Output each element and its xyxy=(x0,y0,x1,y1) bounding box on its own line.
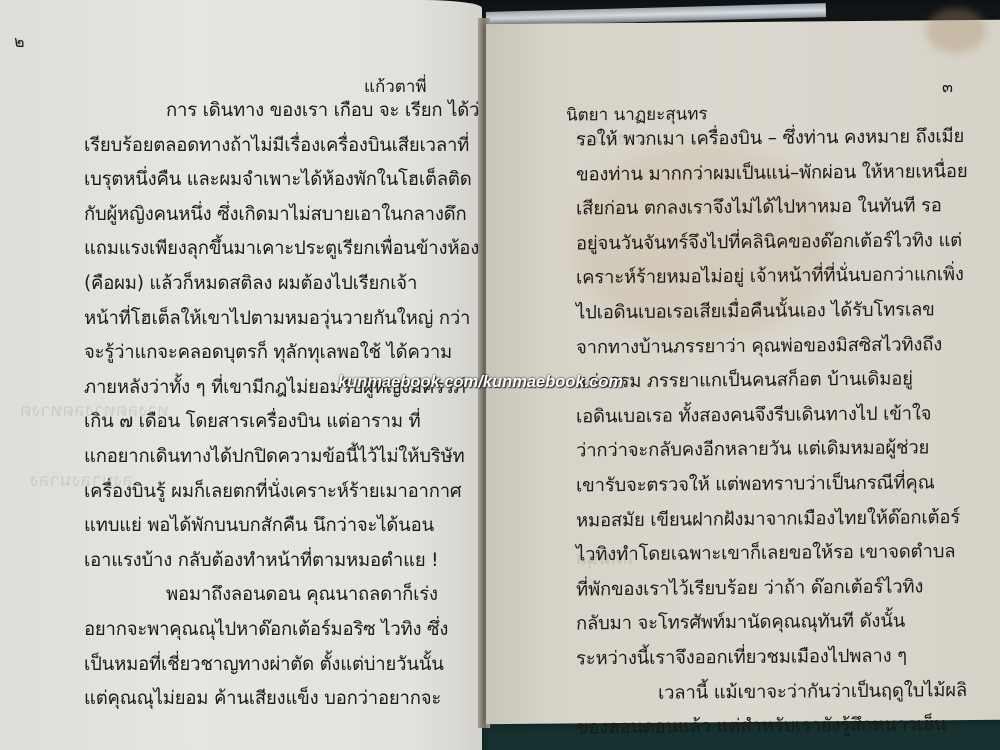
text-line: เอาแรงบ้าง กลับต้องทำหน้าที่ตามหมอตำแย ! xyxy=(84,544,489,579)
text-line: แกอยากเดินทางได้ปกปิดความข้อนี้ไว้ไม่ให้… xyxy=(84,440,489,475)
text-line: แต่คุณณุไม่ยอม ค้านเสียงแข็ง บอกว่าอยากจ… xyxy=(84,682,489,717)
text-line: เป็นหมอที่เชี่ยวชาญทางผ่าตัด ตั้งแต่บ่าย… xyxy=(84,648,489,683)
text-line: จะรู้ว่าแกจะคลอดบุตรก็ ทุลักทุเลพอใช้ ได… xyxy=(84,336,489,371)
text-line: ของลอนดอนแล้ว แต่สำหรับเรายังรู้สึกหนาวเ… xyxy=(576,708,967,746)
text-line: เคราะห์ร้ายหมอไม่อยู่ เจ้าหน้าที่ที่นั่น… xyxy=(576,258,967,296)
page-number: ๒ xyxy=(14,30,25,55)
text-line: หมอสมัย เขียนฝากฝังมาจากเมืองไทยให้ด๊อกเ… xyxy=(576,501,967,539)
text-line: กลับมา จะโทรศัพท์มานัดคุณณุทันที ดังนั้น xyxy=(576,604,967,642)
watermark: kunmaebook.com/kunmaebook.com xyxy=(338,373,623,392)
right-page: ทางมุนเป ลดมนุส ๓ นิตยา นาฏยะสุนทร รอให้… xyxy=(486,20,1000,724)
text-line: ที่พักของเราไว้เรียบร้อย ว่าถ้า ด๊อกเต้อ… xyxy=(576,570,967,608)
text-line: เวลานี้ แม้เขาจะว่ากันว่าเป็นฤดูใบไม้ผลิ xyxy=(576,674,967,712)
page-number: ๓ xyxy=(942,75,953,100)
text-line: ของท่าน มากกว่าผมเป็นแน่–พักผ่อน ให้หายเ… xyxy=(576,155,967,193)
text-line: เบรุตหนึ่งคืน และผมจำเพาะได้ห้องพักในโฮเ… xyxy=(84,163,489,198)
text-line: แถมแรงเพียงลุกขึ้นมาเคาะประตูเรียกเพื่อน… xyxy=(84,232,489,267)
text-line: เอดินเบอเรอ ทั้งสองคนจึงรีบเดินทางไป เข้… xyxy=(576,397,967,435)
text-line: ไปเอดินเบอเรอเสียเมื่อคืนนั้นเอง ได้รับโ… xyxy=(576,293,967,331)
text-line: ไวทิงทำโดยเฉพาะเขาก็เลยขอให้รอ เขาจดตำบล xyxy=(576,535,967,573)
text-line: รอให้ พวกเมา เครื่องบิน – ซึ่งท่าน คงหมา… xyxy=(576,120,967,158)
text-line: แก่กรรม ภรรยาแกเป็นคนสก็อต บ้านเดิมอยู่ xyxy=(576,362,967,400)
right-page-text: รอให้ พวกเมา เครื่องบิน – ซึ่งท่าน คงหมา… xyxy=(576,120,967,746)
text-line: เขารับจะตรวจให้ แต่พอทราบว่าเป็นกรณีที่ค… xyxy=(576,466,967,504)
text-line: เสียก่อน ตกลงเราจึงไม่ได้ไปหาหมอ ในทันที… xyxy=(576,189,967,227)
text-line: แทบแย่ พอได้พักบนบกสักคืน นึกว่าจะได้นอน xyxy=(84,509,489,544)
text-line: หน้าที่โฮเต็ลให้เขาไปตามหมอวุ่นวายกันใหญ… xyxy=(84,302,489,337)
text-line: เรียบร้อยตลอดทางถ้าไม่มีเรื่องเครื่องบิน… xyxy=(84,129,489,164)
text-line: ระหว่างนี้เราจึงออกเที่ยวชมเมืองไปพลาง ๆ xyxy=(576,639,967,677)
text-line: อยู่จนวันจันทร์จึงไปที่คลินิคของด๊อกเต้อ… xyxy=(576,224,967,262)
text-line: พอมาถึงลอนดอน คุณนาถลดาก็เร่ง xyxy=(84,578,489,613)
text-line: เกิน ๗ เดือน โดยสารเครื่องบิน แต่อาราม ท… xyxy=(84,405,489,440)
text-line: เครื่องบินรู้ ผมก็เลยตกที่นั่งเคราะห์ร้า… xyxy=(84,475,489,510)
text-line: จากทางบ้านภรรยาว่า คุณพ่อของมิสซิสไวทิงถ… xyxy=(576,328,967,366)
paper-stain xyxy=(926,8,986,54)
text-line: อยากจะพาคุณณุไปหาด๊อกเต้อร์มอริซ ไวทิง ซ… xyxy=(84,613,489,648)
text-line: ว่ากว่าจะกลับคงอีกหลายวัน แต่เดิมหมอผู้ช… xyxy=(576,431,967,469)
text-line: กับผู้หญิงคนหนึ่ง ซึ่งเกิดมาไม่สบายเอาใน… xyxy=(84,198,489,233)
left-page-text: การ เดินทาง ของเรา เกือบ จะ เรียก ได้ว่า… xyxy=(84,94,489,717)
text-line: (คือผม) แล้วก็หมดสติลง ผมต้องไปเรียกเจ้า xyxy=(84,267,489,302)
text-line: การ เดินทาง ของเรา เกือบ จะ เรียก ได้ว่า xyxy=(84,94,489,129)
